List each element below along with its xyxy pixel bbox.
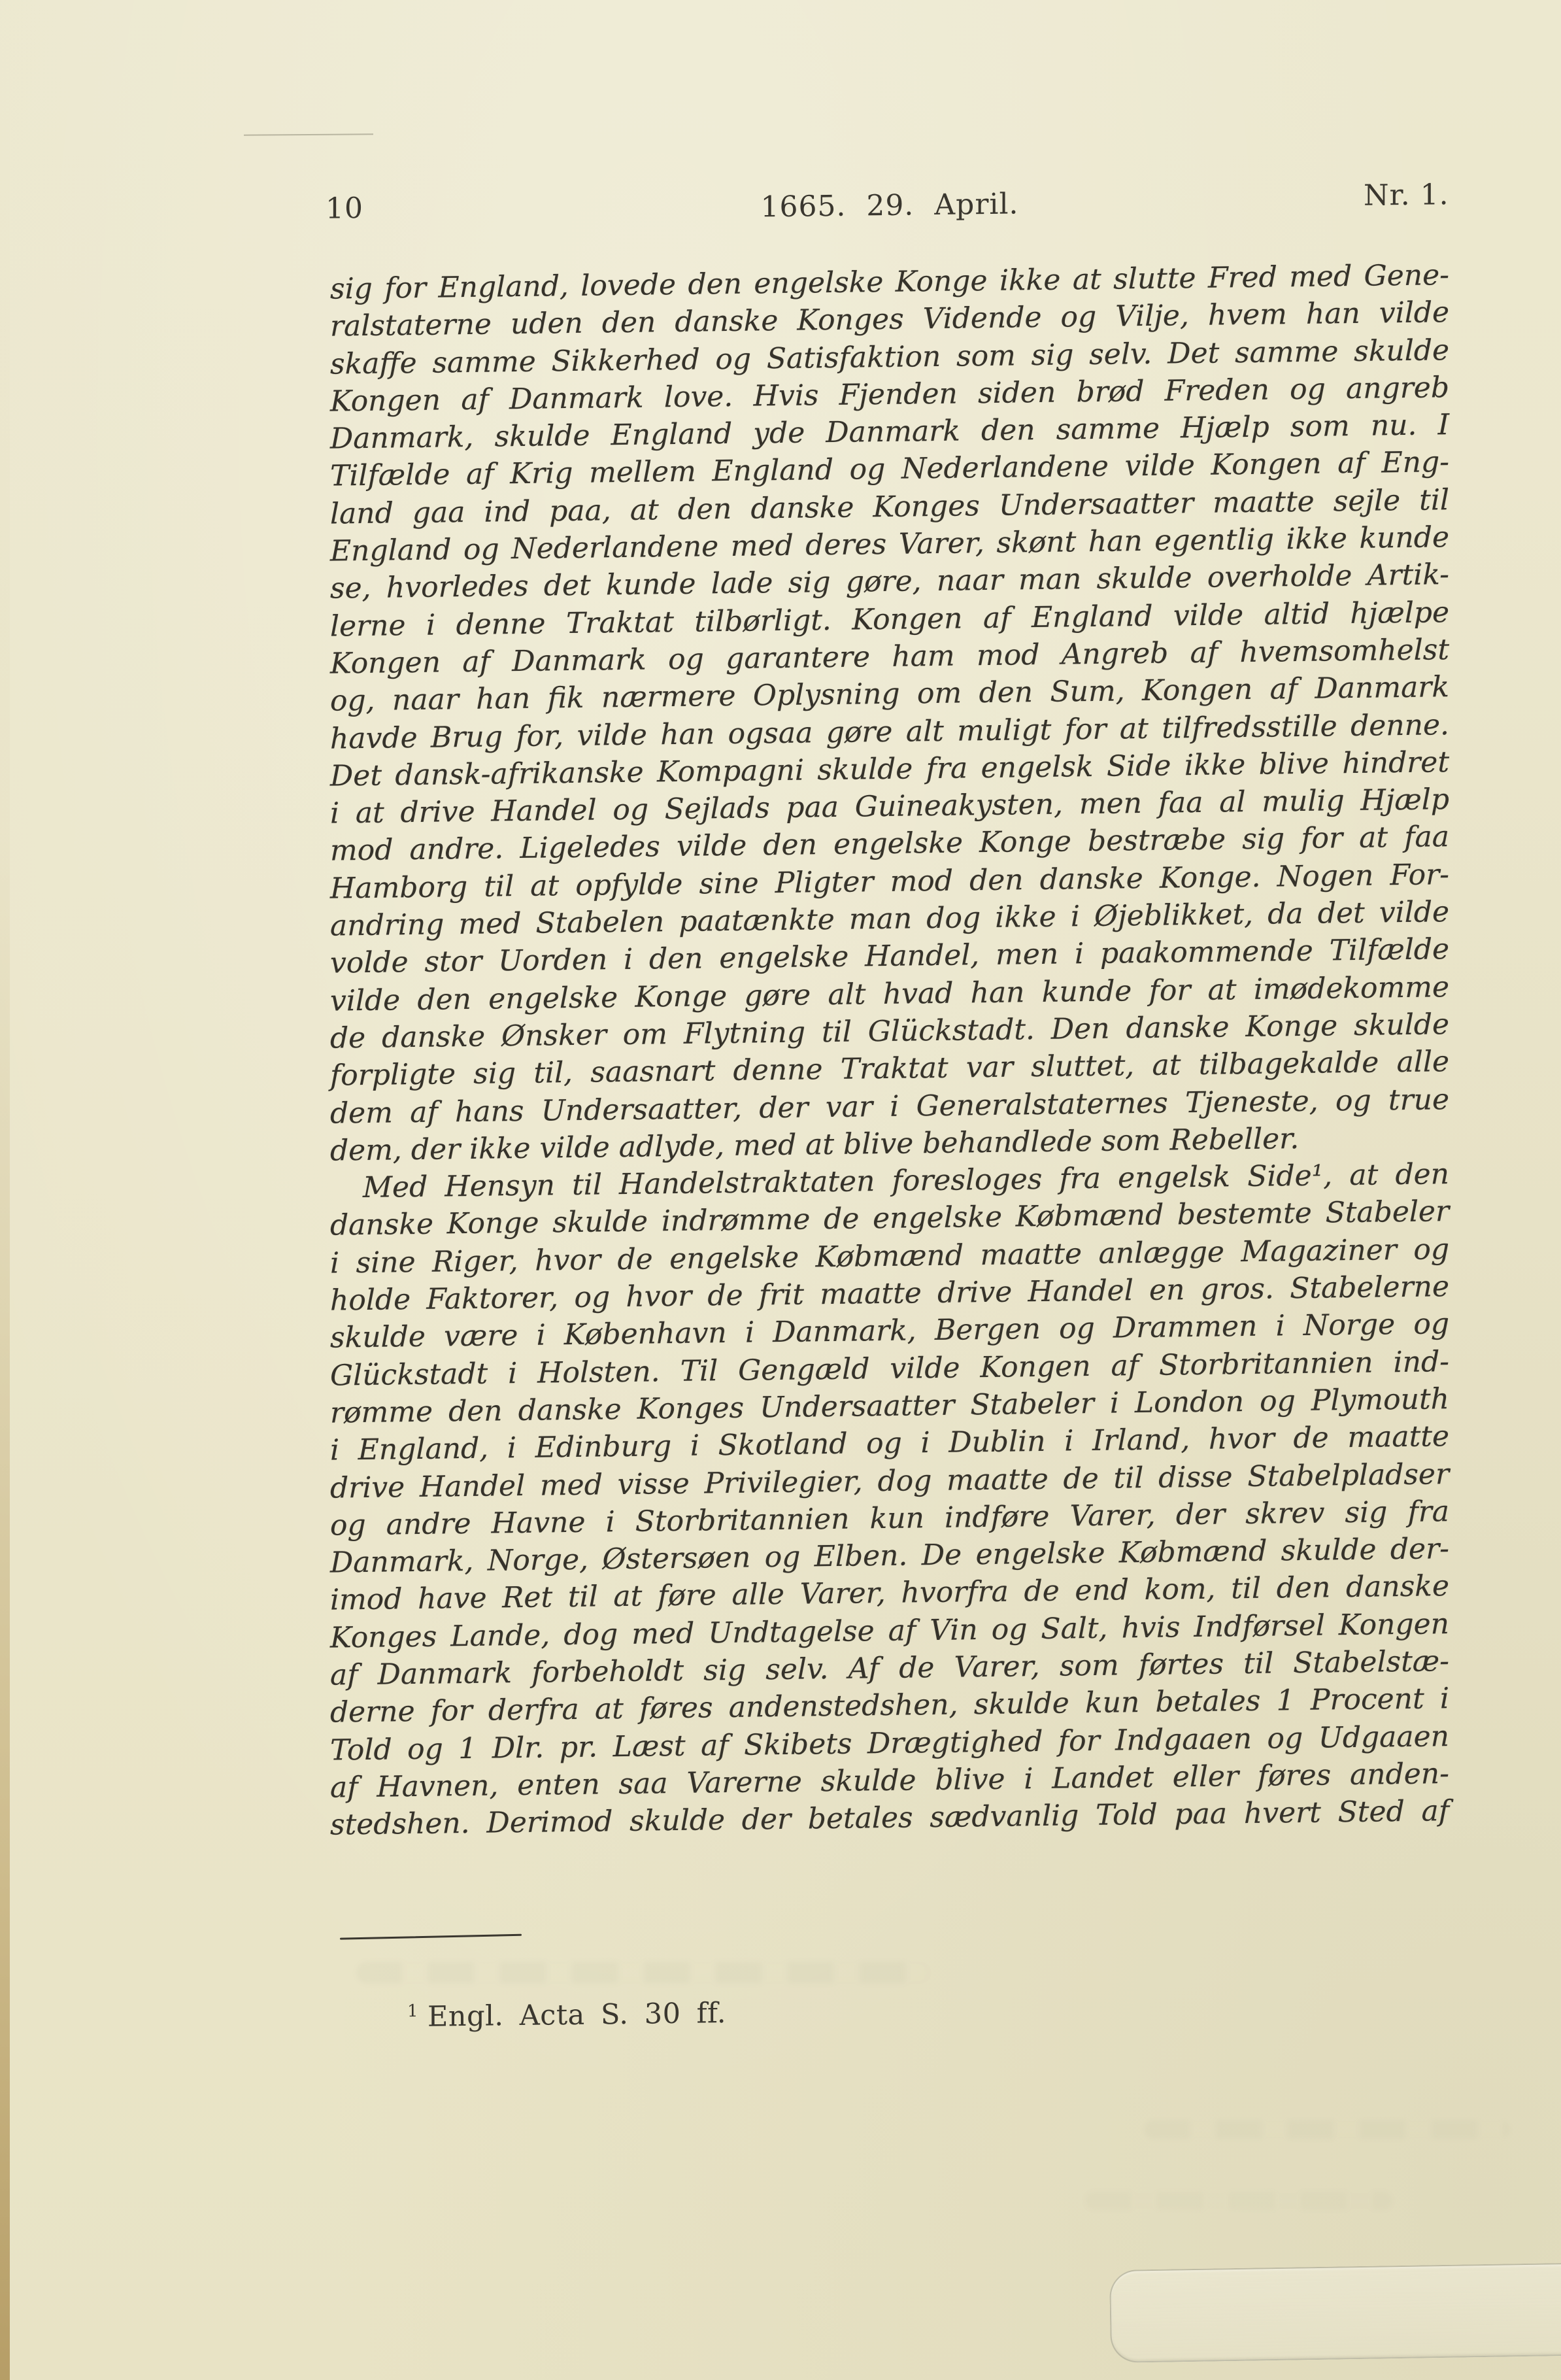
footnote-divider (340, 1934, 522, 1940)
footnote-marker: 1 (407, 2001, 418, 2021)
document-number: Nr. 1. (1364, 178, 1449, 212)
page-content: 10 1665. 29. April. Nr. 1. sig for Engla… (0, 0, 1561, 2380)
running-head-date: 1665. 29. April. (330, 182, 1449, 229)
scanned-book-page: { "page": { "number": "10", "date": "166… (0, 0, 1561, 2380)
footnote: 1Engl. Acta S. 30 ff. (407, 1997, 726, 2033)
footnote-text: Engl. Acta S. 30 ff. (428, 1997, 726, 2033)
body-text: sig for England, lovede den engelske Kon… (330, 256, 1449, 1844)
